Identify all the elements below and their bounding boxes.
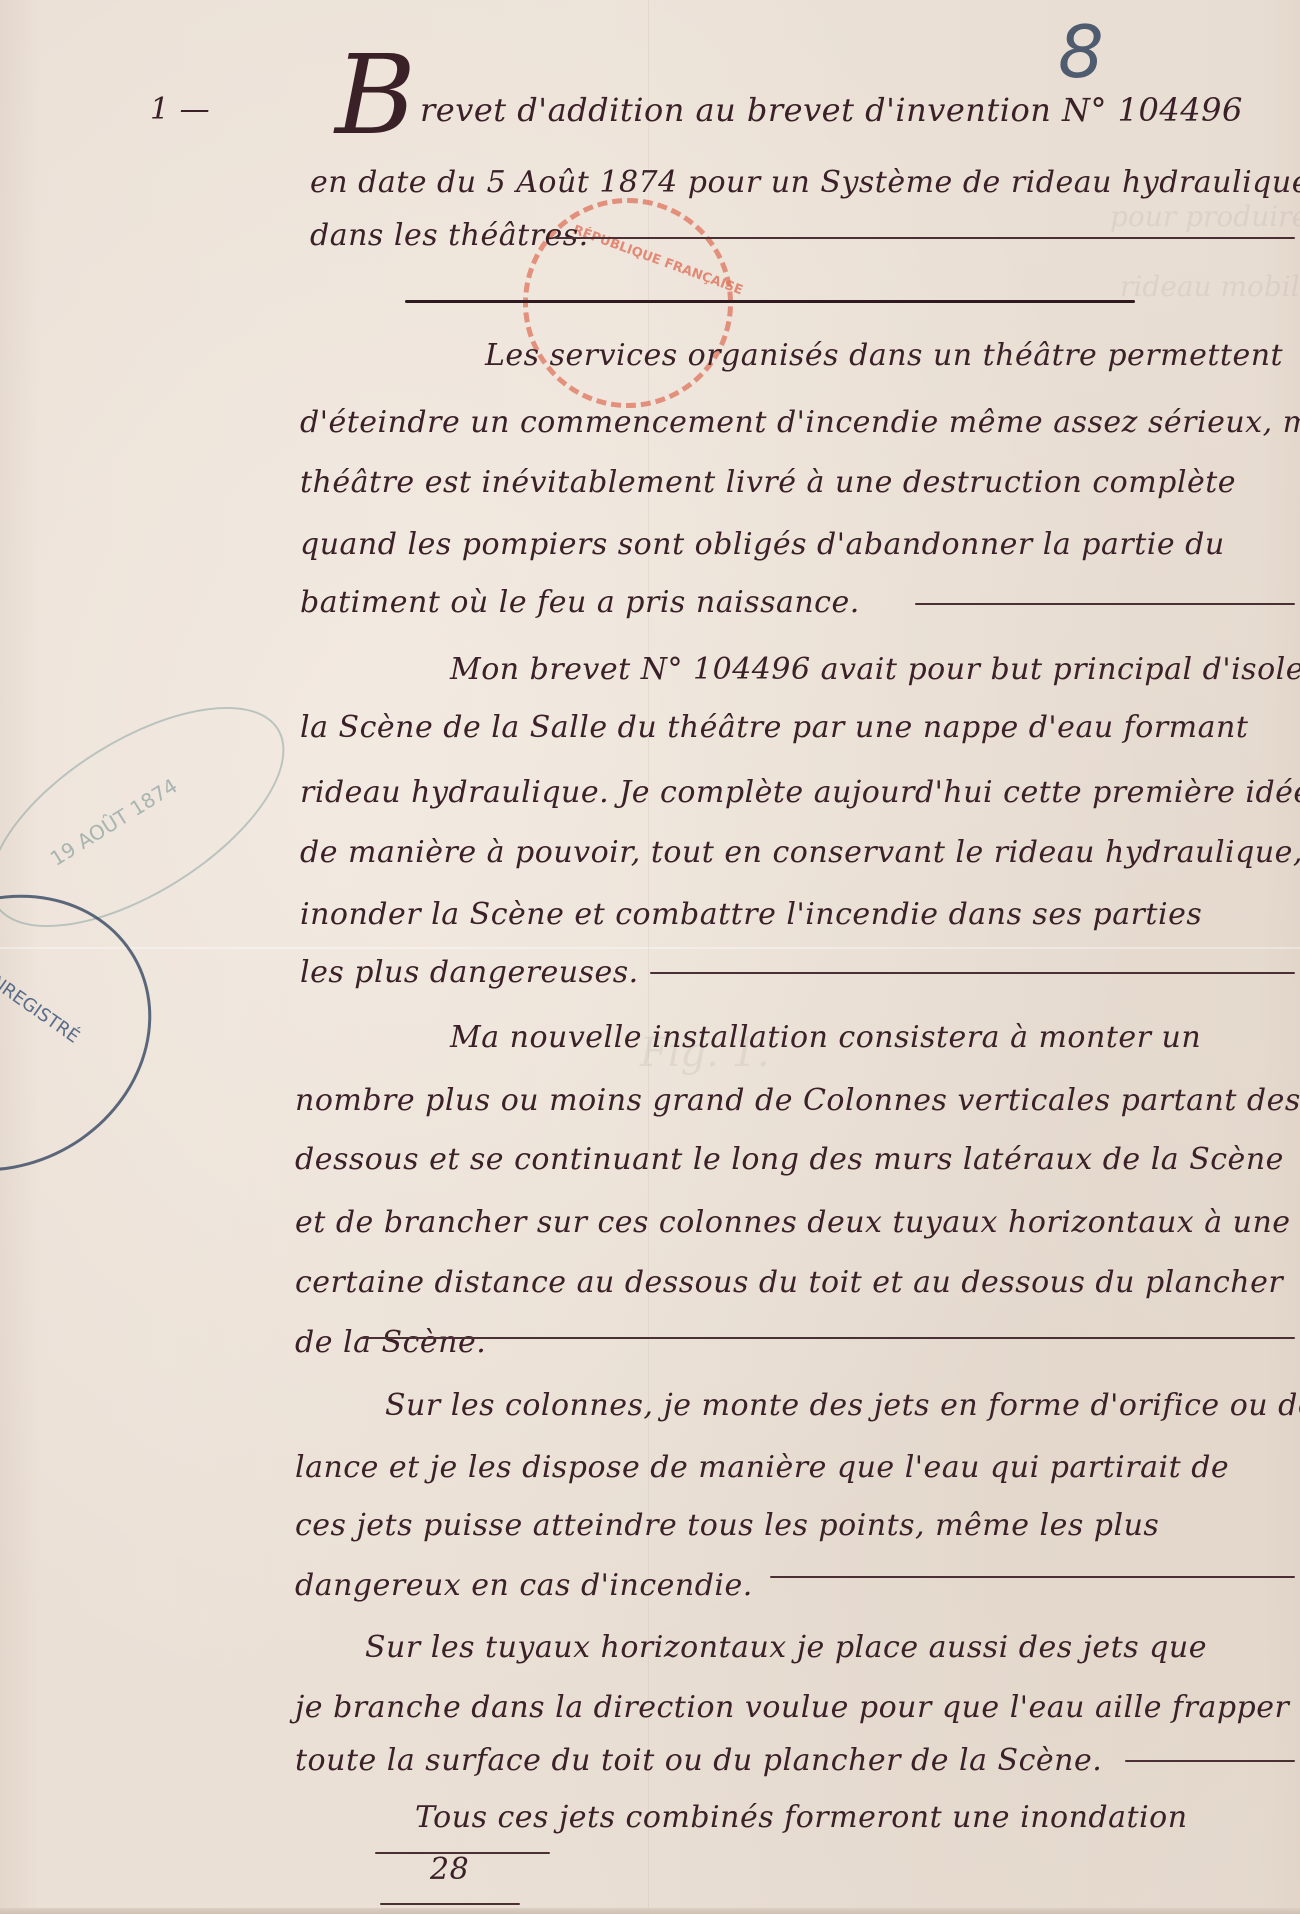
body-line: rideau hydraulique. Je complète aujourd'… — [300, 775, 1300, 811]
title-initial: B — [335, 40, 416, 150]
body-line: batiment où le feu a pris naissance. — [300, 585, 860, 621]
line-end-rule — [1125, 1760, 1295, 1762]
line-end-rule — [650, 972, 1295, 974]
body-line: dessous et se continuant le long des mur… — [295, 1142, 1284, 1178]
body-line: certaine distance au dessous du toit et … — [295, 1265, 1283, 1301]
paper-bottom-edge — [0, 1908, 1300, 1914]
body-line: et de brancher sur ces colonnes deux tuy… — [295, 1205, 1291, 1241]
body-line: lance et je les dispose de manière que l… — [295, 1450, 1229, 1486]
line-end-rule — [915, 603, 1295, 605]
body-line: Tous ces jets combinés formeront une ino… — [415, 1800, 1188, 1836]
body-line: la Scène de la Salle du théâtre par une … — [300, 710, 1248, 746]
document-page: pour produire rideau mobile Fig. 1. RÉPU… — [0, 0, 1300, 1914]
body-line: ces jets puisse atteindre tous les point… — [295, 1508, 1159, 1544]
body-line: nombre plus ou moins grand de Colonnes v… — [295, 1083, 1300, 1119]
page-number-rule-bottom — [380, 1903, 520, 1905]
body-line: théâtre est inévitablement livré à une d… — [300, 465, 1236, 501]
line-end-rule — [360, 1337, 1295, 1339]
title-line: en date du 5 Août 1874 pour un Système d… — [310, 165, 1300, 201]
body-line: Les services organisés dans un théâtre p… — [485, 338, 1283, 374]
body-line: d'éteindre un commencement d'incendie mê… — [300, 405, 1300, 441]
line-end-rule — [770, 1576, 1295, 1578]
body-line: quand les pompiers sont obligés d'abando… — [300, 527, 1225, 563]
title-line: revet d'addition au brevet d'invention N… — [420, 92, 1243, 128]
folio-number: 8 — [1058, 10, 1104, 94]
bleed-through-text: pour produire — [1110, 200, 1300, 233]
title-end-rule — [555, 237, 1295, 239]
body-line: les plus dangereuses. — [300, 955, 639, 991]
body-line: de la Scène. — [295, 1325, 486, 1361]
body-line: Ma nouvelle installation consistera à mo… — [450, 1020, 1201, 1056]
title-line: dans les théâtres. — [310, 218, 589, 254]
body-line: Sur les colonnes, je monte des jets en f… — [385, 1388, 1300, 1424]
body-line: Mon brevet N° 104496 avait pour but prin… — [450, 652, 1300, 688]
page-number: 28 — [430, 1852, 469, 1887]
title-separator-rule — [405, 300, 1135, 303]
body-line: toute la surface du toit ou du plancher … — [295, 1743, 1102, 1779]
body-line: Sur les tuyaux horizontaux je place auss… — [365, 1630, 1207, 1666]
body-line: je branche dans la direction voulue pour… — [295, 1690, 1289, 1726]
bleed-through-text: rideau mobile — [1120, 270, 1300, 303]
body-line: de manière à pouvoir, tout en conservant… — [300, 835, 1300, 871]
body-line: inonder la Scène et combattre l'incendie… — [300, 897, 1202, 933]
item-marker: 1 — — [150, 92, 210, 127]
paper-fold-horizontal — [0, 947, 1300, 949]
body-line: dangereux en cas d'incendie. — [295, 1568, 753, 1604]
